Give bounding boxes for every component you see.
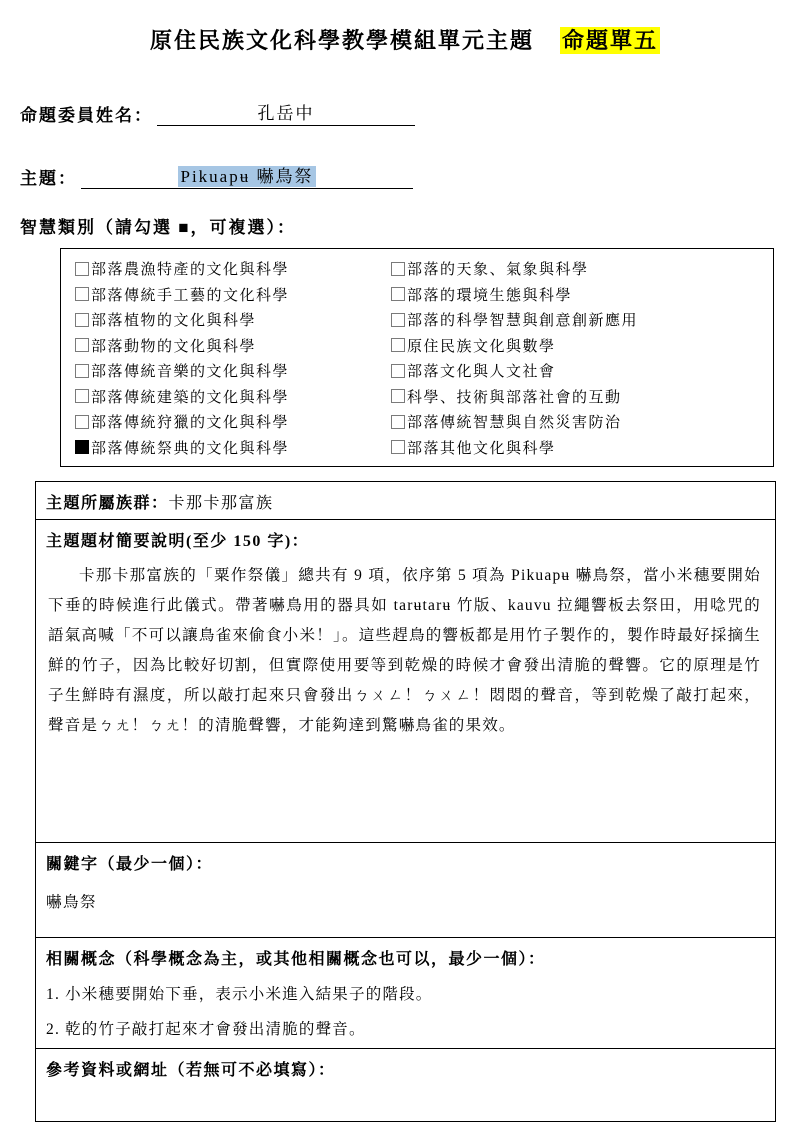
- category-item-label: 部落農漁特產的文化與科學: [91, 258, 289, 279]
- checkbox-checked-icon[interactable]: [75, 440, 89, 454]
- table-row: 主題題材簡要說明(至少 150 字)： 卡那卡那富族的「粟作祭儀」總共有 9 項…: [36, 520, 776, 843]
- ethnic-group-label: 主題所屬族群：: [46, 495, 169, 512]
- category-item-checked[interactable]: 部落傳統祭典的文化與科學: [75, 435, 391, 461]
- table-row: 參考資料或網址（若無可不必填寫）：: [36, 1049, 776, 1122]
- category-item[interactable]: 部落其他文化與科學: [391, 435, 773, 461]
- category-item[interactable]: 部落的天象、氣象與科學: [391, 256, 773, 282]
- topic-label: 主題：: [20, 164, 77, 189]
- category-column-right: 部落的天象、氣象與科學 部落的環境生態與科學 部落的科學智慧與創意創新應用 原住…: [391, 256, 773, 460]
- description-cell: 主題題材簡要說明(至少 150 字)： 卡那卡那富族的「粟作祭儀」總共有 9 項…: [36, 520, 776, 843]
- concept-item-1: 1. 小米穗要開始下垂，表示小米進入結果子的階段。: [46, 982, 763, 1004]
- concepts-cell: 相關概念（科學概念為主，或其他相關概念也可以，最少一個）： 1. 小米穗要開始下…: [36, 938, 776, 1049]
- checkbox-icon[interactable]: [391, 364, 405, 378]
- category-item-label: 部落傳統祭典的文化與科學: [91, 437, 289, 458]
- category-item[interactable]: 科學、技術與部落社會的互動: [391, 384, 773, 410]
- title-highlighted-text: 命題單五: [560, 27, 660, 54]
- concept-item-2: 2. 乾的竹子敲打起來才會發出清脆的聲音。: [46, 1017, 763, 1039]
- topic-row: 主題： Pikuapʉ 嚇鳥祭: [20, 162, 810, 189]
- page-title: 原住民族文化科學教學模組單元主題命題單五: [0, 0, 810, 55]
- category-item[interactable]: 部落的科學智慧與創意創新應用: [391, 307, 773, 333]
- checkbox-icon[interactable]: [75, 364, 89, 378]
- topic-field[interactable]: Pikuapʉ 嚇鳥祭: [81, 162, 413, 189]
- category-item-label: 原住民族文化與數學: [407, 335, 556, 356]
- category-item-label: 部落傳統手工藝的文化科學: [91, 284, 289, 305]
- category-item[interactable]: 部落農漁特產的文化與科學: [75, 256, 391, 282]
- checkbox-icon[interactable]: [75, 287, 89, 301]
- topic-value-selected: Pikuapʉ 嚇鳥祭: [178, 166, 317, 187]
- committee-name-row: 命題委員姓名： 孔岳中: [20, 99, 810, 126]
- category-column-left: 部落農漁特產的文化與科學 部落傳統手工藝的文化科學 部落植物的文化與科學 部落動…: [61, 256, 391, 460]
- checkbox-icon[interactable]: [391, 313, 405, 327]
- category-item-label: 部落其他文化與科學: [407, 437, 556, 458]
- category-item-label: 部落的科學智慧與創意創新應用: [407, 309, 638, 330]
- category-item[interactable]: 部落傳統智慧與自然災害防治: [391, 409, 773, 435]
- category-item-label: 部落傳統狩獵的文化與科學: [91, 411, 289, 432]
- category-item[interactable]: 部落傳統狩獵的文化與科學: [75, 409, 391, 435]
- checkbox-icon[interactable]: [75, 415, 89, 429]
- keywords-label: 關鍵字（最少一個）：: [46, 851, 763, 874]
- checkbox-icon[interactable]: [391, 262, 405, 276]
- category-item-label: 部落的天象、氣象與科學: [407, 258, 589, 279]
- category-item-label: 部落傳統智慧與自然災害防治: [407, 411, 622, 432]
- committee-name-value: 孔岳中: [258, 104, 315, 123]
- category-item-label: 部落傳統建築的文化與科學: [91, 386, 289, 407]
- checkbox-icon[interactable]: [75, 313, 89, 327]
- category-item-label: 部落動物的文化與科學: [91, 335, 256, 356]
- category-item[interactable]: 部落植物的文化與科學: [75, 307, 391, 333]
- detail-table: 主題所屬族群：卡那卡那富族 主題題材簡要說明(至少 150 字)： 卡那卡那富族…: [35, 481, 776, 1122]
- concepts-label: 相關概念（科學概念為主，或其他相關概念也可以，最少一個）：: [46, 946, 763, 969]
- category-item[interactable]: 部落動物的文化與科學: [75, 333, 391, 359]
- category-item-label: 科學、技術與部落社會的互動: [407, 386, 622, 407]
- category-item-label: 部落的環境生態與科學: [407, 284, 572, 305]
- document-page: 原住民族文化科學教學模組單元主題命題單五 命題委員姓名： 孔岳中 主題： Pik…: [0, 0, 810, 1129]
- title-text: 原住民族文化科學教學模組單元主題: [150, 28, 534, 53]
- checkbox-icon[interactable]: [75, 262, 89, 276]
- committee-name-label: 命題委員姓名：: [20, 101, 153, 126]
- category-item[interactable]: 部落傳統建築的文化與科學: [75, 384, 391, 410]
- checkbox-icon[interactable]: [391, 389, 405, 403]
- description-label: 主題題材簡要說明(至少 150 字)：: [46, 528, 763, 551]
- category-item-label: 部落植物的文化與科學: [91, 309, 256, 330]
- checkbox-icon[interactable]: [391, 415, 405, 429]
- reference-cell: 參考資料或網址（若無可不必填寫）：: [36, 1049, 776, 1122]
- ethnic-group-value: 卡那卡那富族: [169, 495, 274, 512]
- category-item[interactable]: 部落的環境生態與科學: [391, 282, 773, 308]
- committee-name-field[interactable]: 孔岳中: [157, 99, 415, 126]
- checkbox-icon[interactable]: [75, 389, 89, 403]
- category-item[interactable]: 原住民族文化與數學: [391, 333, 773, 359]
- table-row: 主題所屬族群：卡那卡那富族: [36, 482, 776, 520]
- category-item-label: 部落傳統音樂的文化與科學: [91, 360, 289, 381]
- category-item[interactable]: 部落傳統音樂的文化與科學: [75, 358, 391, 384]
- table-row: 相關概念（科學概念為主，或其他相關概念也可以，最少一個）： 1. 小米穗要開始下…: [36, 938, 776, 1049]
- keywords-value: 嚇鳥祭: [46, 890, 763, 912]
- category-item[interactable]: 部落文化與人文社會: [391, 358, 773, 384]
- ethnic-group-cell: 主題所屬族群：卡那卡那富族: [36, 482, 776, 520]
- table-row: 關鍵字（最少一個）： 嚇鳥祭: [36, 843, 776, 938]
- keywords-cell: 關鍵字（最少一個）： 嚇鳥祭: [36, 843, 776, 938]
- category-box: 部落農漁特產的文化與科學 部落傳統手工藝的文化科學 部落植物的文化與科學 部落動…: [60, 248, 774, 467]
- category-item-label: 部落文化與人文社會: [407, 360, 556, 381]
- category-item[interactable]: 部落傳統手工藝的文化科學: [75, 282, 391, 308]
- checkbox-icon[interactable]: [391, 287, 405, 301]
- checkbox-icon[interactable]: [391, 440, 405, 454]
- description-text: 卡那卡那富族的「粟作祭儀」總共有 9 項，依序第 5 項為 Pikuapʉ 嚇鳥…: [48, 561, 761, 741]
- category-heading: 智慧類別（請勾選 ■，可複選）：: [20, 213, 810, 238]
- checkbox-icon[interactable]: [391, 338, 405, 352]
- checkbox-icon[interactable]: [75, 338, 89, 352]
- reference-label: 參考資料或網址（若無可不必填寫）：: [46, 1057, 763, 1080]
